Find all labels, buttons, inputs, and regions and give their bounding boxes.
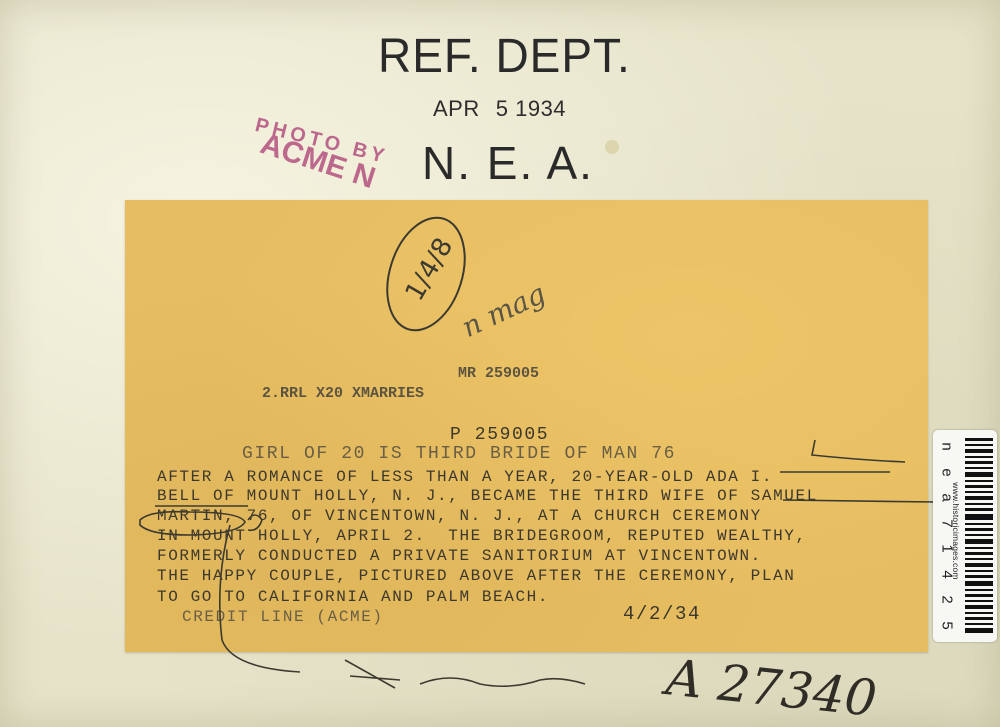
barcode-icon	[965, 438, 993, 634]
pencil-marks	[0, 0, 1000, 727]
svg-text:A 27340: A 27340	[660, 648, 879, 727]
archive-number-handwritten: A 27340	[660, 648, 960, 727]
barcode-url: www.historicimages.com	[951, 446, 961, 616]
barcode-label: n e a 7 1 4 2 5 www.historicimages.com	[933, 430, 997, 642]
